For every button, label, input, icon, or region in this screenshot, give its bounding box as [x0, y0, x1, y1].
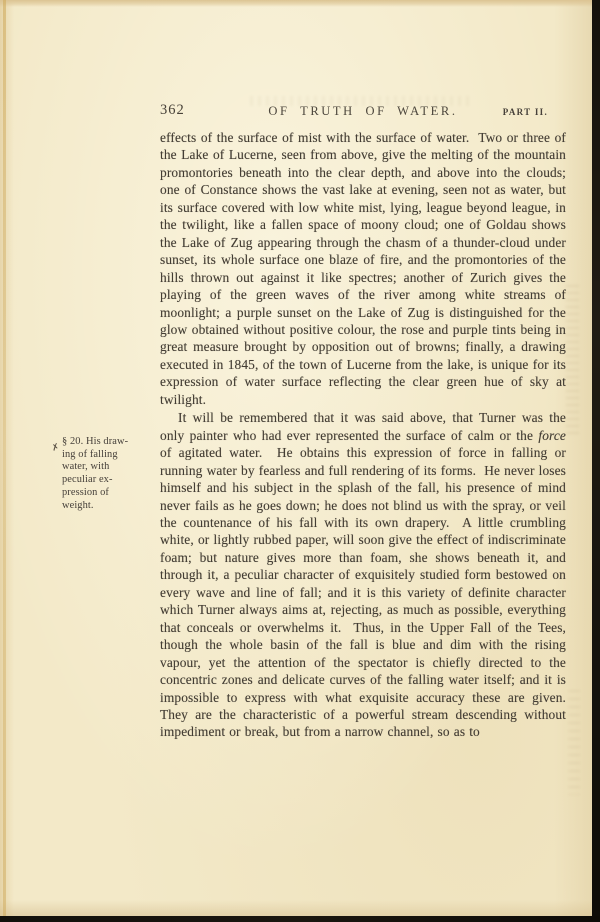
- running-title: OF TRUTH OF WATER.: [268, 104, 457, 119]
- italic-word-force: force: [538, 428, 566, 443]
- margin-note-line: pression of: [62, 487, 156, 500]
- paragraph-2-text: It will be remembered that it was said a…: [160, 410, 570, 442]
- page-left-edge-line: [3, 0, 6, 922]
- margin-note: § 20. His draw- ing of falling water, wi…: [62, 436, 156, 512]
- book-page-scan: 362 OF TRUTH OF WATER. PART II. ✗ § 20. …: [0, 0, 600, 922]
- margin-note-line: ing of falling: [62, 449, 156, 462]
- text-block: effects of the surface of mist with the …: [160, 129, 566, 741]
- margin-note-line: peculiar ex-: [62, 474, 156, 487]
- page-number: 362: [160, 102, 185, 119]
- bleedthrough-smudge: [568, 690, 580, 795]
- scan-right-border: [592, 0, 600, 922]
- running-header: 362 OF TRUTH OF WATER. PART II.: [160, 102, 566, 122]
- body-paragraph-1: effects of the surface of mist with the …: [160, 129, 566, 408]
- page-top-edge-shadow: [0, 0, 600, 7]
- margin-note-line: weight.: [62, 500, 156, 513]
- paragraph-2-text: of agitated water. He obtains this expre…: [160, 428, 574, 740]
- scan-bottom-border: [0, 916, 600, 922]
- pen-mark-icon: ✗: [51, 442, 61, 454]
- part-label: PART II.: [503, 107, 548, 117]
- margin-note-line: water, with: [62, 461, 156, 474]
- margin-note-line: § 20. His draw-: [62, 436, 156, 449]
- body-paragraph-2: It will be remembered that it was said a…: [160, 409, 566, 741]
